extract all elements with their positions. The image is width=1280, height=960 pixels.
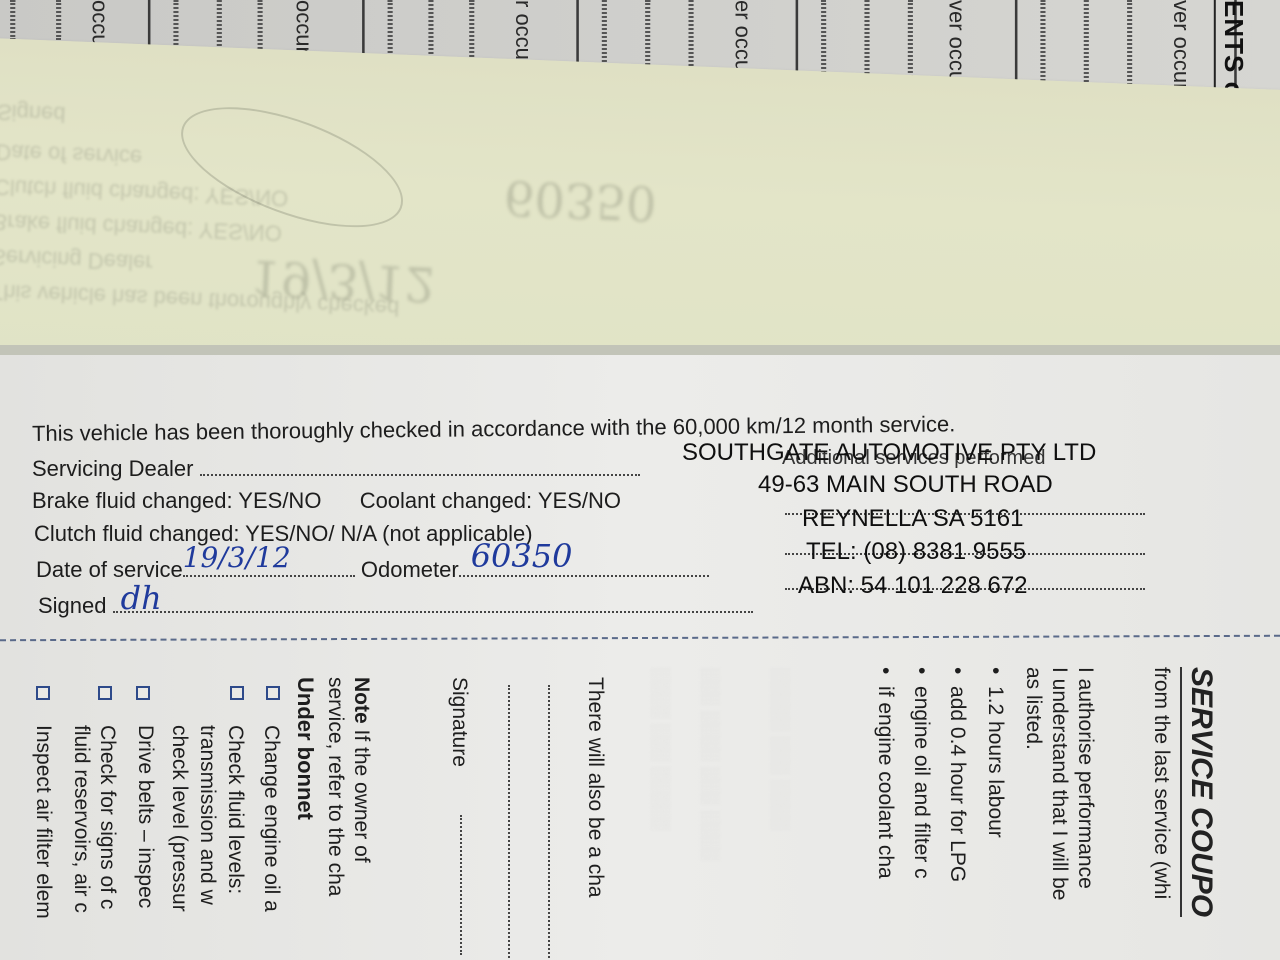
under-bonnet-heading: Under bonnet xyxy=(292,677,319,820)
show-through-text: ░░░░░ ░░░ ░░░░ xyxy=(770,667,791,830)
bullet-text: 1.2 hours labour xyxy=(984,686,1007,838)
signed-field[interactable]: dh xyxy=(113,607,753,613)
odometer-handwritten: 60350 xyxy=(471,537,573,575)
checklist-item: Check for signs of c xyxy=(94,725,121,909)
date-handwritten: 19/3/12 xyxy=(183,541,291,574)
checkbox[interactable] xyxy=(36,686,50,700)
checklist-item: Change engine oil a xyxy=(258,725,285,912)
dealer-name: SOUTHGATE AUTOMOTIVE PTY LTD xyxy=(682,439,1096,467)
dotted-line xyxy=(10,0,15,40)
checkbox[interactable] xyxy=(98,686,112,700)
authorise-text: I understand that I will be xyxy=(1046,667,1073,900)
bullet-text: engine oil and filter c xyxy=(910,686,933,879)
checklist-item-cont: transmission and w xyxy=(194,725,221,905)
dotted-line xyxy=(217,0,222,54)
ghost-handwriting: 60350 xyxy=(503,169,658,231)
column-rule xyxy=(148,0,151,50)
dotted-line xyxy=(56,0,61,40)
dealer-phone: TEL: (08) 8381 9555 xyxy=(806,538,1026,566)
servicing-dealer-row: Servicing Dealer xyxy=(32,456,640,482)
signature-dotted-field[interactable] xyxy=(460,815,462,955)
checkbox[interactable] xyxy=(230,686,244,700)
coolant-label: Coolant changed: YES/NO xyxy=(360,488,621,513)
bullet-icon: • xyxy=(946,667,969,674)
authorise-text: I authorise performance xyxy=(1072,667,1099,889)
bullet-icon: • xyxy=(910,667,933,674)
perforation-line xyxy=(0,635,1280,641)
bullet-item: • add 0.4 hour for LPG xyxy=(944,667,971,882)
bullet-item: • engine oil and filter c xyxy=(908,667,935,879)
date-field[interactable]: 19/3/12 xyxy=(183,571,355,577)
odometer-field[interactable]: 60350 xyxy=(459,571,709,577)
checkbox[interactable] xyxy=(136,686,150,700)
signed-label: Signed xyxy=(38,593,107,618)
checklist-item: Check fluid levels: xyxy=(222,725,249,894)
checklist-item-cont: check level (pressur xyxy=(166,725,193,912)
bullet-icon: • xyxy=(874,667,897,674)
bullet-text: if engine coolant cha xyxy=(874,686,897,879)
brake-fluid-label: Brake fluid changed: YES/NO xyxy=(32,488,321,513)
authorise-text: as listed. xyxy=(1020,667,1047,750)
dotted-line xyxy=(173,0,178,52)
ghost-handwriting: 19/3/12 xyxy=(250,249,437,312)
show-through-text: ░░░░ ░░░ ░░░░░ xyxy=(650,667,671,830)
service-record: This vehicle has been thoroughly checked… xyxy=(0,355,1280,645)
dotted-line[interactable] xyxy=(548,685,550,960)
checklist-item-cont: fluid reservoirs, air c xyxy=(68,725,95,913)
odometer-label: Odometer xyxy=(361,557,459,582)
from-last-service-text: from the last service (whi xyxy=(1148,667,1175,899)
signature-handwritten: dh xyxy=(121,579,162,617)
service-form-page: This vehicle has been thoroughly checked… xyxy=(0,355,1280,960)
note-text-line2: service, refer to the cha xyxy=(322,677,349,896)
bullet-icon: • xyxy=(984,667,1007,674)
dotted-line[interactable] xyxy=(508,685,510,960)
checkbox[interactable] xyxy=(266,686,280,700)
checklist-item: Inspect air filter elem xyxy=(30,725,57,919)
dealer-address: 49-63 MAIN SOUTH ROAD xyxy=(758,471,1053,499)
bullet-item: • 1.2 hours labour xyxy=(982,667,1009,838)
servicing-dealer-label: Servicing Dealer xyxy=(32,456,193,481)
note-text: Note If the owner of xyxy=(348,677,375,863)
checklist-item: Drive belts – inspec xyxy=(132,725,159,908)
bullet-text: add 0.4 hour for LPG xyxy=(946,686,969,882)
signature-label: Signature xyxy=(446,677,473,767)
note-label: Note xyxy=(350,677,373,724)
fluid-row: Brake fluid changed: YES/NO Coolant chan… xyxy=(32,488,621,514)
dealer-suburb: REYNELLA SA 5161 xyxy=(802,505,1023,533)
bullet-item: • if engine coolant cha xyxy=(872,667,899,879)
show-through-text: ░░░ ░░░░ ░░░ ░░░░ xyxy=(700,667,721,861)
dealer-abn: ABN: 54 101 228 672 xyxy=(798,572,1028,600)
dotted-line xyxy=(258,0,263,56)
signed-row: Signed dh xyxy=(38,593,753,619)
charge-text: There will also be a cha xyxy=(582,677,609,898)
dealer-dotted-field[interactable] xyxy=(200,470,640,476)
service-coupon-title: SERVICE COUPO xyxy=(1180,667,1218,917)
note-text-line1: If the owner of xyxy=(350,724,373,863)
